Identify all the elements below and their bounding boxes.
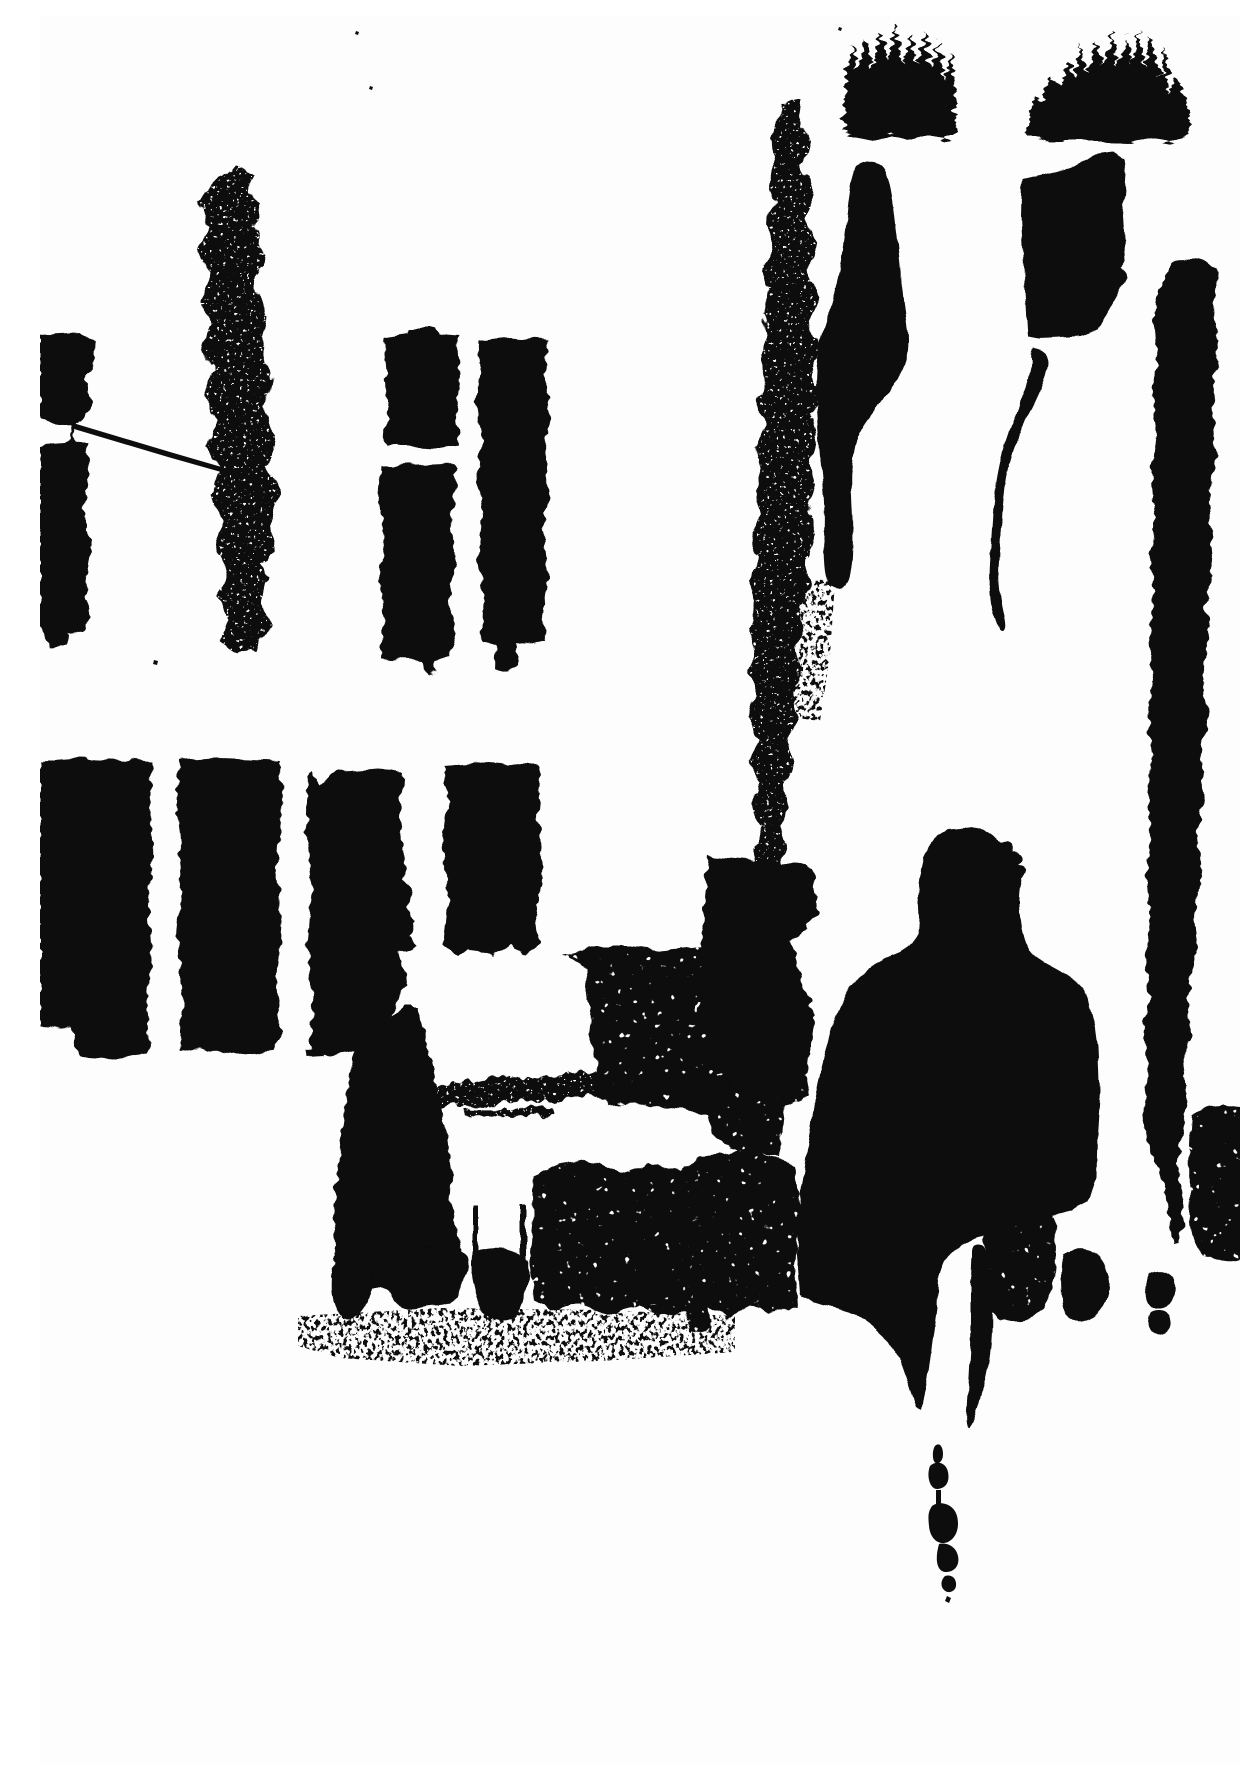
right-base-mass <box>1188 1105 1240 1261</box>
bar-d <box>442 762 543 956</box>
pole-right <box>1143 258 1218 1244</box>
shutter-right-bar <box>476 337 550 672</box>
shutter-upper-small <box>384 328 460 448</box>
pole-right-notch <box>1184 1040 1202 1098</box>
lower-left-mass <box>530 1152 800 1334</box>
side-blob <box>1062 1249 1110 1322</box>
bar-b <box>176 758 283 1054</box>
pole-left <box>748 100 823 874</box>
person-silhouette <box>797 826 1100 1410</box>
branch-curve <box>990 348 1049 631</box>
bar-a <box>40 758 153 1058</box>
speckle-band <box>298 1308 735 1366</box>
base-blobs <box>1146 1271 1175 1335</box>
tree-right <box>1028 30 1190 145</box>
strap-sliver <box>967 1244 993 1428</box>
tree-left <box>843 24 957 142</box>
charcoal-stroke-left <box>198 168 280 653</box>
coat-lump <box>983 1198 1057 1322</box>
drip-trail <box>928 1444 958 1603</box>
shutter-lower-tall <box>378 463 457 674</box>
shape-layer <box>40 24 1240 1603</box>
pole-grain-tail <box>775 576 835 721</box>
left-edge-block <box>40 332 94 647</box>
window-panel <box>1021 152 1127 338</box>
hanging-blob <box>816 161 909 589</box>
artwork-canvas: High-contrast black-and-white thresholde… <box>40 16 1240 1764</box>
scene-svg <box>40 16 1240 1764</box>
